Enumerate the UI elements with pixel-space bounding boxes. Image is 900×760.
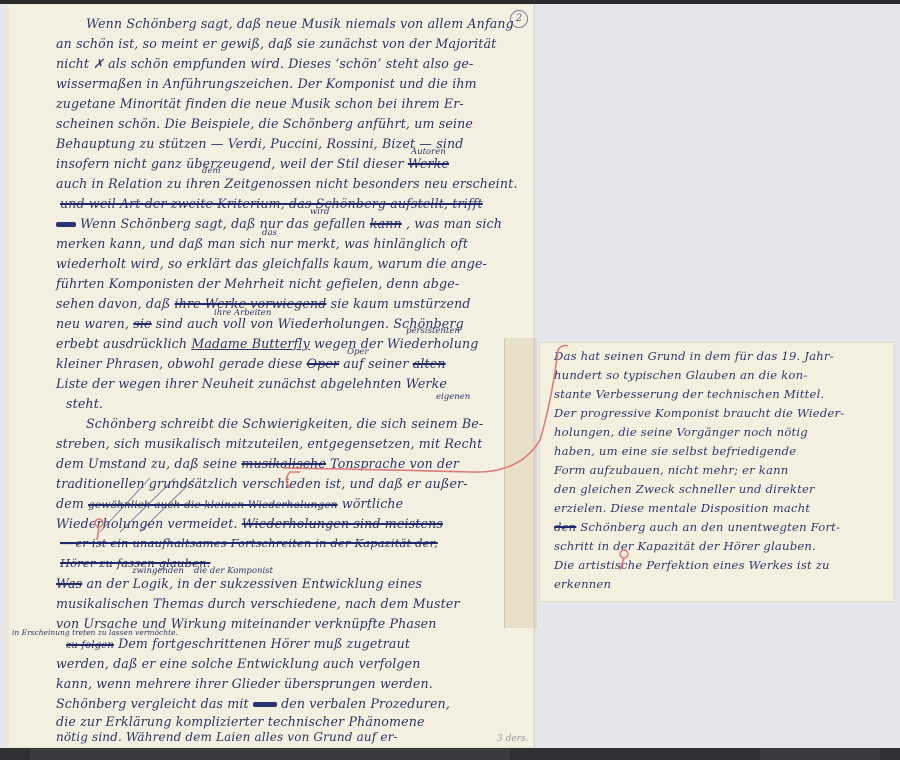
line-text: an der bbox=[86, 576, 128, 591]
card-line: haben, um eine sie selbst befriedigende bbox=[554, 444, 796, 458]
text-line: dem Umstand zu, daß seine musikalische T… bbox=[56, 456, 459, 471]
card-line: holungen, die seine Vorgänger noch nötig bbox=[554, 425, 808, 439]
text-line: zugetane Minorität finden die neue Musik… bbox=[56, 96, 464, 111]
struck-word: den bbox=[554, 520, 576, 534]
line-text: neu waren, bbox=[56, 316, 129, 331]
line-text: wörtliche bbox=[342, 496, 403, 511]
line-text: Wiederholungen vermeidet. bbox=[56, 516, 238, 531]
card-line: erzielen. Diese mentale Disposition mach… bbox=[554, 501, 810, 515]
text-line: neu waren, sie sind auch voll von Wieder… bbox=[56, 316, 464, 331]
insertion: dem bbox=[202, 166, 221, 176]
insertion: eigenen bbox=[436, 392, 470, 402]
text-line: Wiederholungen vermeidet. Wiederholungen… bbox=[56, 516, 443, 531]
line-text: Schönberg vergleicht das mit bbox=[56, 696, 249, 711]
struck-line: und weil Art der zweite Kriterium, das S… bbox=[60, 196, 483, 211]
line-text: dem bbox=[56, 496, 84, 511]
line-text: , was man sich bbox=[406, 216, 502, 231]
text-line: Wenn Schönberg sagt, daß neue Musik niem… bbox=[86, 16, 514, 31]
line-text: Tonsprache von der bbox=[330, 456, 459, 471]
line-text: Dem fortgeschrittenen Hörer muß zugetrau… bbox=[118, 636, 410, 651]
line-text: wegen der Wiederholung bbox=[314, 336, 478, 351]
card-line: den gleichen Zweck schneller und direkte… bbox=[554, 482, 815, 496]
insertion: wird bbox=[310, 207, 330, 217]
card-line: erkennen bbox=[554, 577, 611, 591]
insertion: Autoren bbox=[411, 147, 446, 157]
card-line: hundert so typischen Glauben an die kon- bbox=[554, 368, 807, 382]
text-line: streben, sich musikalisch mitzuteilen, e… bbox=[56, 436, 482, 451]
struck-word: gewöhnlich auch die kleinen Wiederholung… bbox=[88, 499, 338, 511]
text-line: steht. bbox=[66, 396, 103, 411]
insertion: zwingenden bbox=[132, 566, 184, 576]
insertion: das bbox=[262, 228, 277, 238]
line-text: sehen davon, daß bbox=[56, 296, 170, 311]
text-line: Liste der wegen ihrer Neuheit zunächst a… bbox=[56, 376, 447, 391]
text-line: merken kann, und daß man sich nur merkt,… bbox=[56, 236, 468, 251]
line-text: Schönberg auch an den unentwegten Fort- bbox=[580, 520, 840, 534]
card-line: schritt in der Kapazität der Hörer glaub… bbox=[554, 539, 816, 553]
line-text: sie kaum umstürzend bbox=[331, 296, 471, 311]
card-line: Das hat seinen Grund in dem für das 19. … bbox=[554, 349, 834, 363]
frame-segment bbox=[30, 748, 510, 760]
line-text: auf seiner bbox=[343, 356, 408, 371]
text-line: wissermaßen in Anführungszeichen. Der Ko… bbox=[56, 76, 477, 91]
line-text: erbebt ausdrücklich bbox=[56, 336, 187, 351]
text-line: scheinen schön. Die Beispiele, die Schön… bbox=[56, 116, 473, 131]
scribble-mark bbox=[56, 222, 76, 227]
tape-strip bbox=[504, 338, 537, 628]
text-line: Schönberg schreibt die Schwierigkeiten, … bbox=[86, 416, 483, 431]
card-line: Form aufzubauen, nicht mehr; er kann bbox=[554, 463, 788, 477]
archive-note: 3 ders. bbox=[497, 734, 528, 744]
frame-segment bbox=[760, 748, 880, 760]
struck-line: — er ist ein unaufhaltsames Fortschreite… bbox=[60, 536, 438, 550]
line-text: kleiner Phrasen, obwohl gerade diese bbox=[56, 356, 302, 371]
manuscript-page: 2 Wenn Schönberg sagt, daß neue Musik ni… bbox=[4, 4, 534, 748]
text-line: musikalischen Themas durch verschiedene,… bbox=[56, 596, 460, 611]
card-line: den Schönberg auch an den unentwegten Fo… bbox=[554, 520, 840, 534]
line-text: Logik, in der sukzessiven Entwicklung ei… bbox=[133, 576, 422, 591]
text-line: auch in Relation zu ihren Zeitgenossen n… bbox=[56, 176, 517, 191]
insertion: ihre Arbeiten bbox=[214, 308, 271, 318]
text-line: die zur Erklärung komplizierter technisc… bbox=[56, 714, 425, 729]
struck-word: Wiederholungen sind meistens bbox=[242, 516, 443, 531]
text-line: insofern nicht ganz überzeugend, weil de… bbox=[56, 156, 449, 171]
text-line: Was an der Logik, in der sukzessiven Ent… bbox=[56, 576, 422, 591]
line-text: dem Umstand zu, daß seine bbox=[56, 456, 237, 471]
text-line: führten Komponisten der Mehrheit nicht g… bbox=[56, 276, 459, 291]
text-line: Wenn Schönberg sagt, daß nur das gefalle… bbox=[56, 216, 502, 231]
text-line: Schönberg vergleicht das mit den verbale… bbox=[56, 696, 450, 711]
text-line: zu folgen Dem fortgeschrittenen Hörer mu… bbox=[66, 636, 410, 651]
text-line: dem gewöhnlich auch die kleinen Wiederho… bbox=[56, 496, 403, 511]
text-line: nötig sind. Während dem Laien alles von … bbox=[56, 730, 398, 744]
bottom-frame-bar bbox=[0, 748, 900, 760]
text-line: wiederholt wird, so erklärt das gleichfa… bbox=[56, 256, 487, 271]
attached-note-card: Das hat seinen Grund in dem für das 19. … bbox=[540, 343, 893, 601]
insertion: die der Komponist bbox=[194, 566, 273, 576]
page-edge bbox=[4, 4, 9, 748]
insertion: Oper bbox=[347, 347, 369, 357]
struck-word: musikalische bbox=[241, 456, 326, 471]
card-line: Die artistische Perfektion eines Werkes … bbox=[554, 558, 830, 572]
text-line: Behauptung zu stützen — Verdi, Puccini, … bbox=[56, 136, 463, 151]
line-text: Wenn Schönberg sagt, daß nur das gefalle… bbox=[80, 216, 366, 231]
line-text: den verbalen Prozeduren, bbox=[281, 696, 450, 711]
struck-word: Oper bbox=[307, 356, 339, 371]
text-line: kleiner Phrasen, obwohl gerade diese Ope… bbox=[56, 356, 446, 371]
struck-word: zu folgen bbox=[66, 640, 114, 651]
insertion: persistenten bbox=[406, 326, 460, 336]
text-line: erbebt ausdrücklich Madame Butterfly weg… bbox=[56, 336, 478, 351]
struck-word: sie bbox=[133, 316, 151, 331]
card-line: Der progressive Komponist braucht die Wi… bbox=[554, 406, 844, 420]
text-line: an schön ist, so meint er gewiß, daß sie… bbox=[56, 36, 496, 51]
line-text: insofern nicht ganz überzeugend, weil de… bbox=[56, 156, 404, 171]
struck-word: kann bbox=[370, 216, 402, 231]
struck-word: alten bbox=[413, 356, 446, 371]
text-line: werden, daß er eine solche Entwicklung a… bbox=[56, 656, 420, 671]
text-line: traditionellen grundsätzlich verschieden… bbox=[56, 476, 468, 491]
scribble-mark bbox=[253, 702, 277, 707]
struck-word: Was bbox=[56, 576, 82, 591]
card-line: stante Verbesserung der technischen Mitt… bbox=[554, 387, 824, 401]
underlined-title: Madame Butterfly bbox=[191, 336, 310, 351]
struck-word: Werke bbox=[408, 156, 449, 171]
text-line: kann, wenn mehrere ihrer Glieder überspr… bbox=[56, 676, 433, 691]
text-line: nicht ✗ als schön empfunden wird. Dieses… bbox=[56, 56, 473, 71]
